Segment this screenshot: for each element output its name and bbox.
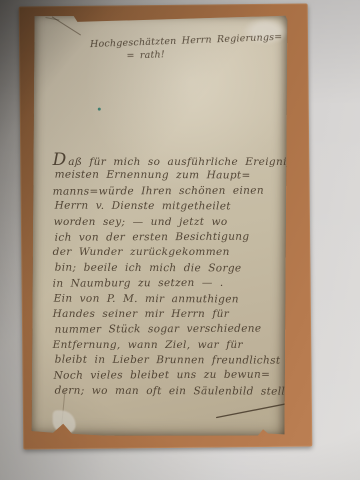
handwriting-line: Herrn v. Dienste mitgetheilet: [55, 199, 283, 215]
handwriting-line: der Wunder zurückgekommen: [53, 245, 283, 260]
handwriting-line: nummer Stück sogar verschiedene: [55, 322, 283, 339]
handwriting-line: bin; beeile ich mich die Sorge: [55, 260, 283, 276]
handwriting-line: meisten Ernennung zum Haupt=: [55, 168, 283, 184]
letter-body: Daß für mich so ausführliche Ereigniß= m…: [53, 153, 283, 399]
handwriting-line: bleibt in Lieber Brunnen freundlichst: [55, 353, 283, 369]
handwriting-line: worden sey; — und jetzt wo: [54, 215, 283, 230]
handwriting-line: Noch vieles bleibet uns zu bewun=: [54, 368, 283, 385]
photo-of-letter: Hochgeschätzten Herrn Regierungs= = rath…: [0, 0, 360, 480]
handwriting-line: Entfernung, wann Ziel, war für: [53, 338, 283, 353]
handwriting-line: in Naumburg zu setzen — .: [53, 276, 283, 293]
cardboard-mount: Hochgeschätzten Herrn Regierungs= = rath…: [19, 3, 313, 449]
handwriting-line: manns=würde Ihren schönen einen: [53, 183, 283, 200]
ink-flourish-icon: [214, 396, 299, 423]
handwriting-line: Ein von P. M. mir anmuthigen: [54, 291, 283, 307]
paper-crease: [45, 17, 59, 21]
letter-paper: Hochgeschätzten Herrn Regierungs= = rath…: [32, 13, 288, 437]
letter-salutation: Hochgeschätzten Herrn Regierungs= = rath…: [90, 30, 291, 64]
handwriting-line: Handes seiner mir Herrn für: [53, 307, 283, 322]
teal-ink-dot: [98, 108, 101, 111]
paper-tear: [53, 410, 76, 433]
handwriting-line: ich von der ersten Besichtigung: [55, 229, 283, 246]
handwriting-line: aß für mich so ausführliche Ereigniß=: [68, 156, 303, 168]
